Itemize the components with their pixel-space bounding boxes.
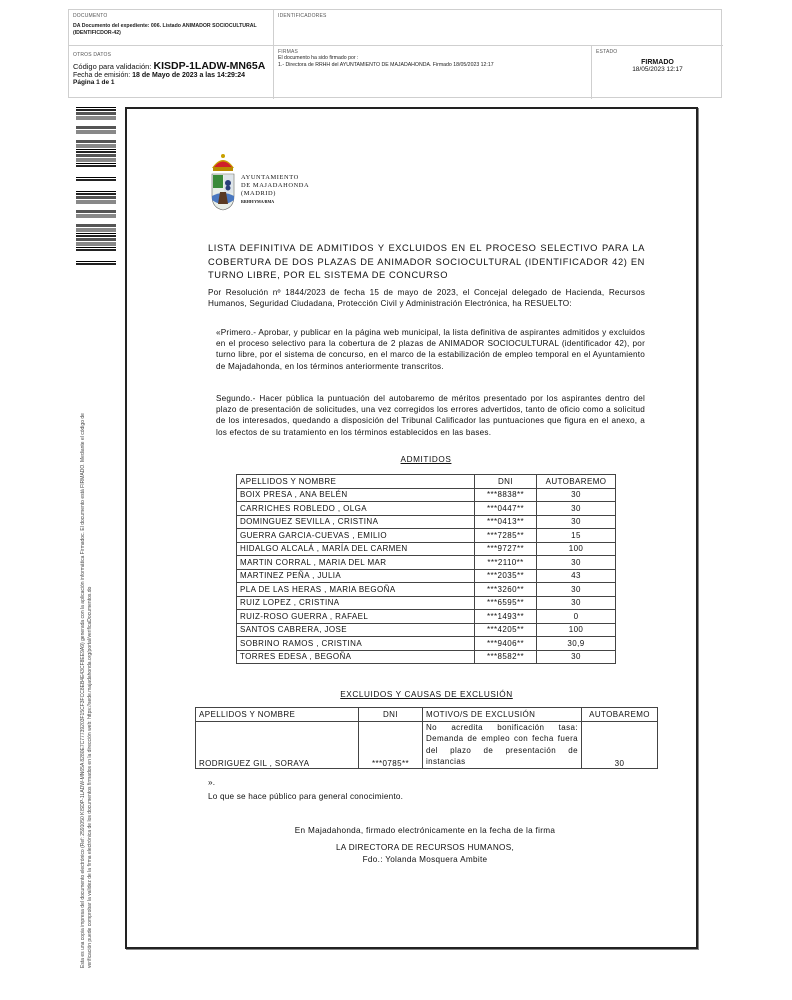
table-row: HIDALGO ALCALÁ , MARÍA DEL CARMEN***9727… — [237, 542, 616, 556]
cell-autobaremo: 30 — [582, 721, 658, 768]
cell-dni: ***9406** — [475, 637, 537, 651]
cell-name: HIDALGO ALCALÁ , MARÍA DEL CARMEN — [237, 542, 475, 556]
excluidos-title: EXCLUIDOS Y CAUSAS DE EXCLUSIÓN — [195, 690, 658, 699]
municipality-name: AYUNTAMIENTO DE MAJADAHONDA (MADRID) RRH… — [241, 174, 309, 206]
estado-value: FIRMADO — [596, 59, 719, 66]
cell-dni: ***7285** — [475, 529, 537, 543]
logo-line2: DE MAJADAHONDA — [241, 182, 309, 190]
cell-name: RUIZ-ROSO GUERRA , RAFAEL — [237, 610, 475, 624]
cell-name: CARRICHES ROBLEDO , OLGA — [237, 502, 475, 516]
documento-label: DOCUMENTO — [73, 13, 269, 19]
table-row: RUIZ-ROSO GUERRA , RAFAEL***1493**0 — [237, 610, 616, 624]
table-row: RODRIGUEZ GIL , SORAYA***0785**No acredi… — [196, 721, 658, 768]
cell-autobaremo: 30 — [537, 556, 616, 570]
cell-dni: ***8582** — [475, 650, 537, 664]
admitidos-table: APELLIDOS Y NOMBRE DNI AUTOBAREMO BOIX P… — [236, 474, 616, 664]
cell-dni: ***4205** — [475, 623, 537, 637]
cell-dni: ***0413** — [475, 515, 537, 529]
col-apellidos: APELLIDOS Y NOMBRE — [196, 708, 359, 722]
codigo-label: Código para validación: — [73, 62, 151, 71]
firmas-line1: El documento ha sido firmado por : — [278, 55, 587, 62]
cell-name: GUERRA GARCIA-CUEVAS , EMILIO — [237, 529, 475, 543]
fecha-value: 18 de Mayo de 2023 a las 14:29:24 — [132, 72, 245, 79]
table-row: RUIZ LOPEZ , CRISTINA***6595**30 — [237, 596, 616, 610]
emission-date: Fecha de emisión: 18 de Mayo de 2023 a l… — [73, 72, 269, 79]
cell-name: TORRES EDESA , BEGOÑA — [237, 650, 475, 664]
estado-date: 18/05/2023 12:17 — [632, 66, 683, 73]
documento-cell: DOCUMENTO DA Documento del expediente: 0… — [69, 10, 274, 46]
table-row: BOIX PRESA , ANA BELÉN***8838**30 — [237, 488, 616, 502]
table-row: DOMINGUEZ SEVILLA , CRISTINA***0413**30 — [237, 515, 616, 529]
primero-paragraph: «Primero.- Aprobar, y publicar en la pág… — [216, 327, 645, 372]
side-text-line2: verificación puede comprobar la validez … — [87, 298, 94, 968]
table-row: TORRES EDESA , BEGOÑA***8582**30 — [237, 650, 616, 664]
cell-dni: ***2035** — [475, 569, 537, 583]
cell-motivo: No acredita bonificación tasa: Demanda d… — [423, 721, 582, 768]
cell-dni: ***8838** — [475, 488, 537, 502]
estado-block: FIRMADO 18/05/2023 12:17 — [596, 59, 719, 73]
estado-label: ESTADO — [596, 49, 719, 55]
document-header: DOCUMENTO DA Documento del expediente: 0… — [68, 9, 722, 98]
firmas-line2: 1.- Directora de RRHH del AYUNTAMIENTO D… — [278, 62, 587, 69]
cell-name: BOIX PRESA , ANA BELÉN — [237, 488, 475, 502]
logo-line3: (MADRID) — [241, 190, 309, 198]
logo-line1: AYUNTAMIENTO — [241, 174, 309, 182]
document-title: LISTA DEFINITIVA DE ADMITIDOS Y EXCLUIDO… — [208, 242, 645, 283]
cell-name: MARTIN CORRAL , MARIA DEL MAR — [237, 556, 475, 570]
cell-autobaremo: 0 — [537, 610, 616, 624]
cell-autobaremo: 30 — [537, 488, 616, 502]
cell-autobaremo: 30 — [537, 502, 616, 516]
identificadores-cell: IDENTIFICADORES — [274, 10, 723, 46]
admitidos-title: ADMITIDOS — [236, 455, 616, 464]
documento-text: DA Documento del expediente: 006. Listad… — [73, 23, 269, 37]
cell-name: SOBRINO RAMOS , CRISTINA — [237, 637, 475, 651]
signature-name: Fdo.: Yolanda Mosquera Ambite — [280, 854, 570, 867]
cell-autobaremo: 30 — [537, 515, 616, 529]
segundo-paragraph: Segundo.- Hacer pública la puntuación de… — [216, 393, 645, 438]
closing-text: Lo que se hace público para general cono… — [208, 792, 403, 801]
identificadores-label: IDENTIFICADORES — [278, 13, 719, 19]
otros-datos-label: OTROS DATOS — [73, 52, 269, 58]
cell-dni: ***9727** — [475, 542, 537, 556]
otros-datos-cell: OTROS DATOS Código para validación: KISD… — [69, 46, 274, 99]
cell-autobaremo: 15 — [537, 529, 616, 543]
logo-ref: RRHH/YMA/BMA — [241, 198, 309, 206]
cell-dni: ***1493** — [475, 610, 537, 624]
table-row: SOBRINO RAMOS , CRISTINA***9406**30,9 — [237, 637, 616, 651]
cell-name: RUIZ LOPEZ , CRISTINA — [237, 596, 475, 610]
col-dni: DNI — [475, 475, 537, 489]
table-row: GUERRA GARCIA-CUEVAS , EMILIO***7285**15 — [237, 529, 616, 543]
cell-autobaremo: 30 — [537, 596, 616, 610]
col-dni: DNI — [359, 708, 423, 722]
col-autobaremo: AUTOBAREMO — [537, 475, 616, 489]
barcode-icon — [76, 107, 116, 275]
cell-autobaremo: 30,9 — [537, 637, 616, 651]
cell-dni: ***0447** — [475, 502, 537, 516]
excluidos-header-row: APELLIDOS Y NOMBRE DNI MOTIVO/S DE EXCLU… — [196, 708, 658, 722]
table-row: CARRICHES ROBLEDO , OLGA***0447**30 — [237, 502, 616, 516]
cell-autobaremo: 100 — [537, 623, 616, 637]
col-autobaremo: AUTOBAREMO — [582, 708, 658, 722]
cell-name: SANTOS CABRERA, JOSE — [237, 623, 475, 637]
cell-autobaremo: 30 — [537, 583, 616, 597]
table-row: MARTINEZ PEÑA , JULIA***2035**43 — [237, 569, 616, 583]
col-apellidos: APELLIDOS Y NOMBRE — [237, 475, 475, 489]
table-row: SANTOS CABRERA, JOSE***4205**100 — [237, 623, 616, 637]
admitidos-header-row: APELLIDOS Y NOMBRE DNI AUTOBAREMO — [237, 475, 616, 489]
firmas-cell: FIRMAS El documento ha sido firmado por … — [274, 46, 592, 99]
signature-place: En Majadahonda, firmado electrónicamente… — [280, 825, 570, 838]
cell-dni: ***0785** — [359, 721, 423, 768]
excluidos-table: APELLIDOS Y NOMBRE DNI MOTIVO/S DE EXCLU… — [195, 707, 658, 769]
resolucion-paragraph: Por Resolución nº 1844/2023 de fecha 15 … — [208, 287, 645, 309]
cell-name: PLA DE LAS HERAS , MARIA BEGOÑA — [237, 583, 475, 597]
cell-autobaremo: 100 — [537, 542, 616, 556]
cell-dni: ***3260** — [475, 583, 537, 597]
cell-dni: ***6595** — [475, 596, 537, 610]
fecha-label: Fecha de emisión: — [73, 72, 130, 79]
table-row: PLA DE LAS HERAS , MARIA BEGOÑA***3260**… — [237, 583, 616, 597]
cell-name: DOMINGUEZ SEVILLA , CRISTINA — [237, 515, 475, 529]
estado-cell: ESTADO FIRMADO 18/05/2023 12:17 — [592, 46, 723, 99]
signature-role: LA DIRECTORA DE RECURSOS HUMANOS, — [280, 842, 570, 855]
cell-autobaremo: 43 — [537, 569, 616, 583]
cell-name: MARTINEZ PEÑA , JULIA — [237, 569, 475, 583]
page-number: Página 1 de 1 — [73, 79, 269, 86]
cell-autobaremo: 30 — [537, 650, 616, 664]
col-motivo: MOTIVO/S DE EXCLUSIÓN — [423, 708, 582, 722]
codigo-value: KISDP-1LADW-MN65A — [153, 60, 265, 72]
closing-quote: ». — [208, 778, 215, 787]
validation-code: Código para validación: KISDP-1LADW-MN65… — [73, 60, 269, 72]
verification-side-text: Esta es una copia impresa del documento … — [80, 298, 93, 968]
cell-name: RODRIGUEZ GIL , SORAYA — [196, 721, 359, 768]
cell-dni: ***2110** — [475, 556, 537, 570]
table-row: MARTIN CORRAL , MARIA DEL MAR***2110**30 — [237, 556, 616, 570]
coat-of-arms-icon — [208, 152, 238, 214]
